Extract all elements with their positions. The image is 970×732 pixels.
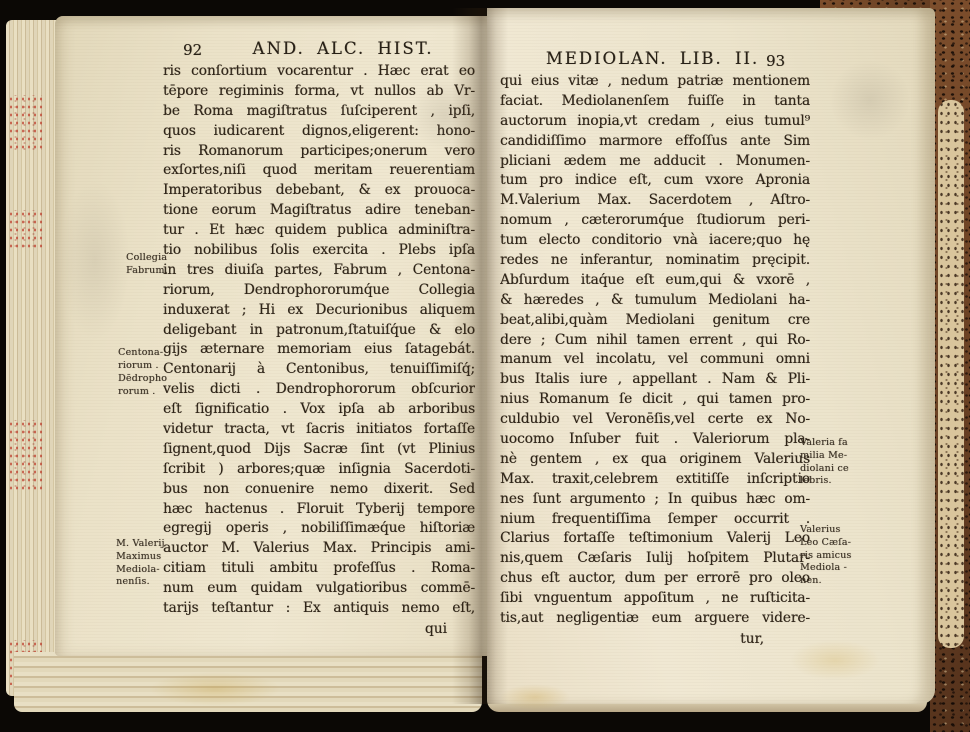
margin-note-centonariorum: Centona-riorum . <box>118 347 163 373</box>
book-photo: 92 AND. ALC. HIST. ris conſortium vocare… <box>0 0 970 732</box>
left-page-catchword: qui <box>163 621 447 637</box>
margin-note-collegia-fabrum: CollegiaFabrum. <box>126 252 168 278</box>
right-page-number: 93 <box>766 52 785 70</box>
red-sprinkle-mark <box>8 420 42 490</box>
right-page-catchword: tur, <box>500 631 764 647</box>
right-page-body-text: qui eius vitæ , nedum patriæ mentionemfa… <box>500 72 810 629</box>
red-sprinkle-mark <box>8 210 42 250</box>
left-page-body-text: ris conſortium vocarentur . Hæc erat eot… <box>163 62 475 619</box>
margin-note-dendrophororum: Dēdrophororum . <box>118 373 167 399</box>
left-running-title: AND. ALC. HIST. <box>243 39 443 58</box>
margin-note-valerius-maximus: M. ValerijMaximusMediola-nenſis. <box>116 538 165 589</box>
margin-note-valeria-familia: Valeria familia Me-diolani celebris. <box>800 437 849 488</box>
left-page-number: 92 <box>183 41 202 59</box>
book-cover-speckled-band <box>938 100 964 648</box>
right-running-title: MEDIOLAN. LIB. II. <box>545 49 760 68</box>
page-edges-bottom <box>14 652 482 712</box>
red-sprinkle-mark <box>8 95 42 150</box>
margin-note-valerius-leo: ValeriusLeo Cæſa-ris amicusMediola -nen. <box>800 524 852 588</box>
